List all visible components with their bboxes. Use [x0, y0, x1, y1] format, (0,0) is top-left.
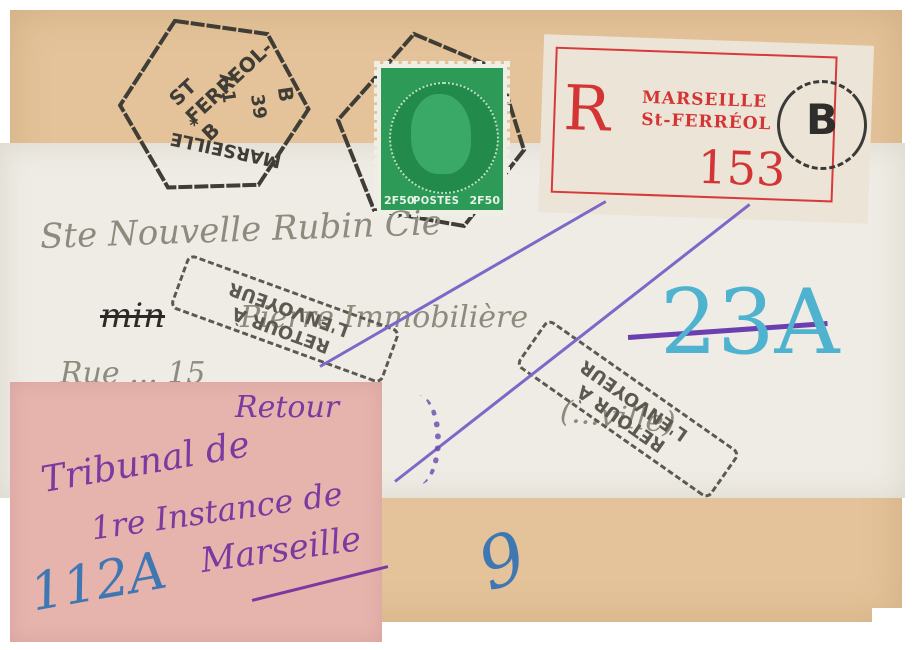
pink-return-label: Retour Tribunal de 1re Instance de Marse… — [10, 382, 382, 642]
pink-label-line1: Retour — [235, 390, 339, 425]
pink-label-line2: Tribunal de — [38, 424, 253, 501]
registration-number: 153 — [697, 140, 787, 197]
circle-b-mark: B — [777, 80, 867, 170]
hexagonal-postmark-1: ST FERREOL-B MARSEILLE 7-1 39 * B — [105, 3, 297, 195]
circle-letter: B — [780, 95, 864, 144]
postage-stamp: 2F50 POSTES 2F50 — [377, 64, 507, 214]
postmark-year: 39 — [246, 93, 270, 121]
ceres-head-icon — [411, 94, 471, 174]
stamp-value-right: 2F50 — [470, 194, 500, 207]
purple-partial-stamp — [395, 395, 441, 485]
stamp-frame: 2F50 POSTES 2F50 — [381, 68, 503, 210]
postmark-date: 7-1 — [214, 69, 239, 104]
registration-letter: R — [562, 71, 611, 146]
pink-label-number: 112A — [26, 541, 171, 624]
cyan-annotation: 23A — [660, 270, 840, 375]
address-struck-word: min — [100, 296, 165, 336]
